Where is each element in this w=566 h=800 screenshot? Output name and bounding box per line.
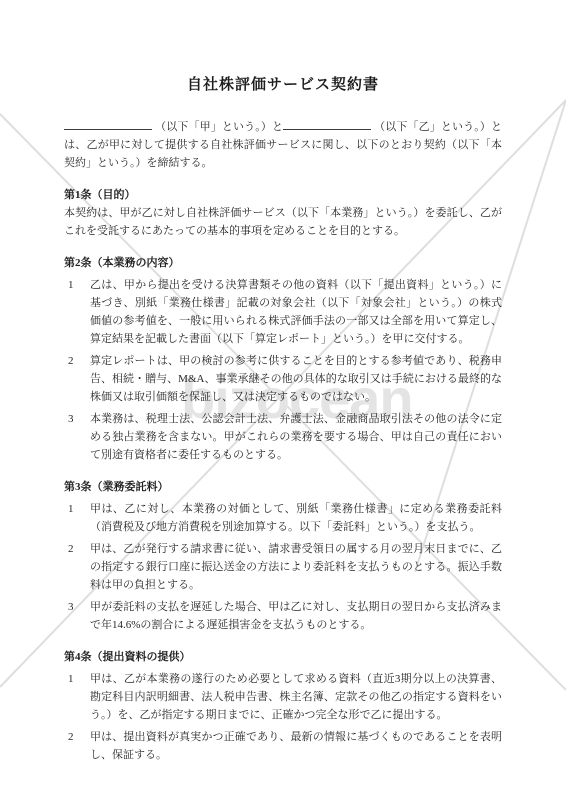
document-page: bizocean 自社株評価サービス契約書 （以下「甲」という。）と（以下「乙」… <box>0 0 566 800</box>
item-text: 乙は、甲から提出を受ける決算書類その他の資料（以下「提出資料」という。）に基づき… <box>90 276 502 348</box>
item-text: 甲は、乙に対し、本業務の対価として、別紙「業務仕様書」に定める業務委託料（消費税… <box>90 500 502 536</box>
item-text: 甲は、乙が本業務の遂行のため必要として求める資料（直近3期分以上の決算書、勘定科… <box>90 670 502 724</box>
article: 第3条（業務委託料） 1 甲は、乙に対し、本業務の対価として、別紙「業務仕様書」… <box>64 478 502 634</box>
article: 第4条（提出資料の提供） 1 甲は、乙が本業務の遂行のため必要として求める資料（… <box>64 648 502 764</box>
article-items: 1 乙は、甲から提出を受ける決算書類その他の資料（以下「提出資料」という。）に基… <box>64 276 502 464</box>
articles-list: 第1条（目的） 本契約は、甲が乙に対し自社株評価サービス（以下「本業務」という。… <box>64 186 502 764</box>
item-number: 2 <box>64 728 90 764</box>
item-number: 3 <box>64 598 90 634</box>
article: 第1条（目的） 本契約は、甲が乙に対し自社株評価サービス（以下「本業務」という。… <box>64 186 502 240</box>
item-number: 2 <box>64 540 90 594</box>
article-item: 3 本業務は、税理士法、公認会計士法、弁護士法、金融商品取引法その他の法令に定め… <box>64 410 502 464</box>
article-body: 本契約は、甲が乙に対し自社株評価サービス（以下「本業務」という。）を委託し、乙が… <box>64 204 502 240</box>
item-number: 2 <box>64 352 90 406</box>
item-text: 甲が委託料の支払を遅延した場合、甲は乙に対し、支払期日の翌日から支払済みまで年1… <box>90 598 502 634</box>
item-number: 1 <box>64 670 90 724</box>
article-heading: 第2条（本業務の内容） <box>64 254 502 272</box>
article-item: 3 甲が委託料の支払を遅延した場合、甲は乙に対し、支払期日の翌日から支払済みまで… <box>64 598 502 634</box>
item-text: 本業務は、税理士法、公認会計士法、弁護士法、金融商品取引法その他の法令に定める独… <box>90 410 502 464</box>
item-number: 3 <box>64 410 90 464</box>
article-item: 2 甲は、提出資料が真実かつ正確であり、最新の情報に基づくものであることを表明し… <box>64 728 502 764</box>
article-item: 1 甲は、乙に対し、本業務の対価として、別紙「業務仕様書」に定める業務委託料（消… <box>64 500 502 536</box>
article-heading: 第1条（目的） <box>64 186 502 204</box>
article-item: 2 算定レポートは、甲の検討の参考に供することを目的とする参考値であり、税務申告… <box>64 352 502 406</box>
article: 第2条（本業務の内容） 1 乙は、甲から提出を受ける決算書類その他の資料（以下「… <box>64 254 502 464</box>
intro-text-after-party-a: （以下「甲」という。）と <box>155 121 283 133</box>
item-number: 1 <box>64 500 90 536</box>
intro-paragraph: （以下「甲」という。）と（以下「乙」という。）とは、乙が甲に対して提供する自社株… <box>64 118 502 172</box>
item-text: 甲は、提出資料が真実かつ正確であり、最新の情報に基づくものであることを表明し、保… <box>90 728 502 764</box>
party-a-name-blank <box>64 119 152 130</box>
item-text: 算定レポートは、甲の検討の参考に供することを目的とする参考値であり、税務申告、相… <box>90 352 502 406</box>
article-item: 1 甲は、乙が本業務の遂行のため必要として求める資料（直近3期分以上の決算書、勘… <box>64 670 502 724</box>
document-content: 自社株評価サービス契約書 （以下「甲」という。）と（以下「乙」という。）とは、乙… <box>0 74 566 764</box>
article-items: 1 甲は、乙に対し、本業務の対価として、別紙「業務仕様書」に定める業務委託料（消… <box>64 500 502 634</box>
item-text: 甲は、乙が発行する請求書に従い、請求書受領日の属する月の翌月末日までに、乙の指定… <box>90 540 502 594</box>
article-item: 2 甲は、乙が発行する請求書に従い、請求書受領日の属する月の翌月末日までに、乙の… <box>64 540 502 594</box>
article-items: 1 甲は、乙が本業務の遂行のため必要として求める資料（直近3期分以上の決算書、勘… <box>64 670 502 764</box>
document-title: 自社株評価サービス契約書 <box>64 74 502 96</box>
article-heading: 第3条（業務委託料） <box>64 478 502 496</box>
article-heading: 第4条（提出資料の提供） <box>64 648 502 666</box>
party-b-name-blank <box>283 119 371 130</box>
item-number: 1 <box>64 276 90 348</box>
article-item: 1 乙は、甲から提出を受ける決算書類その他の資料（以下「提出資料」という。）に基… <box>64 276 502 348</box>
